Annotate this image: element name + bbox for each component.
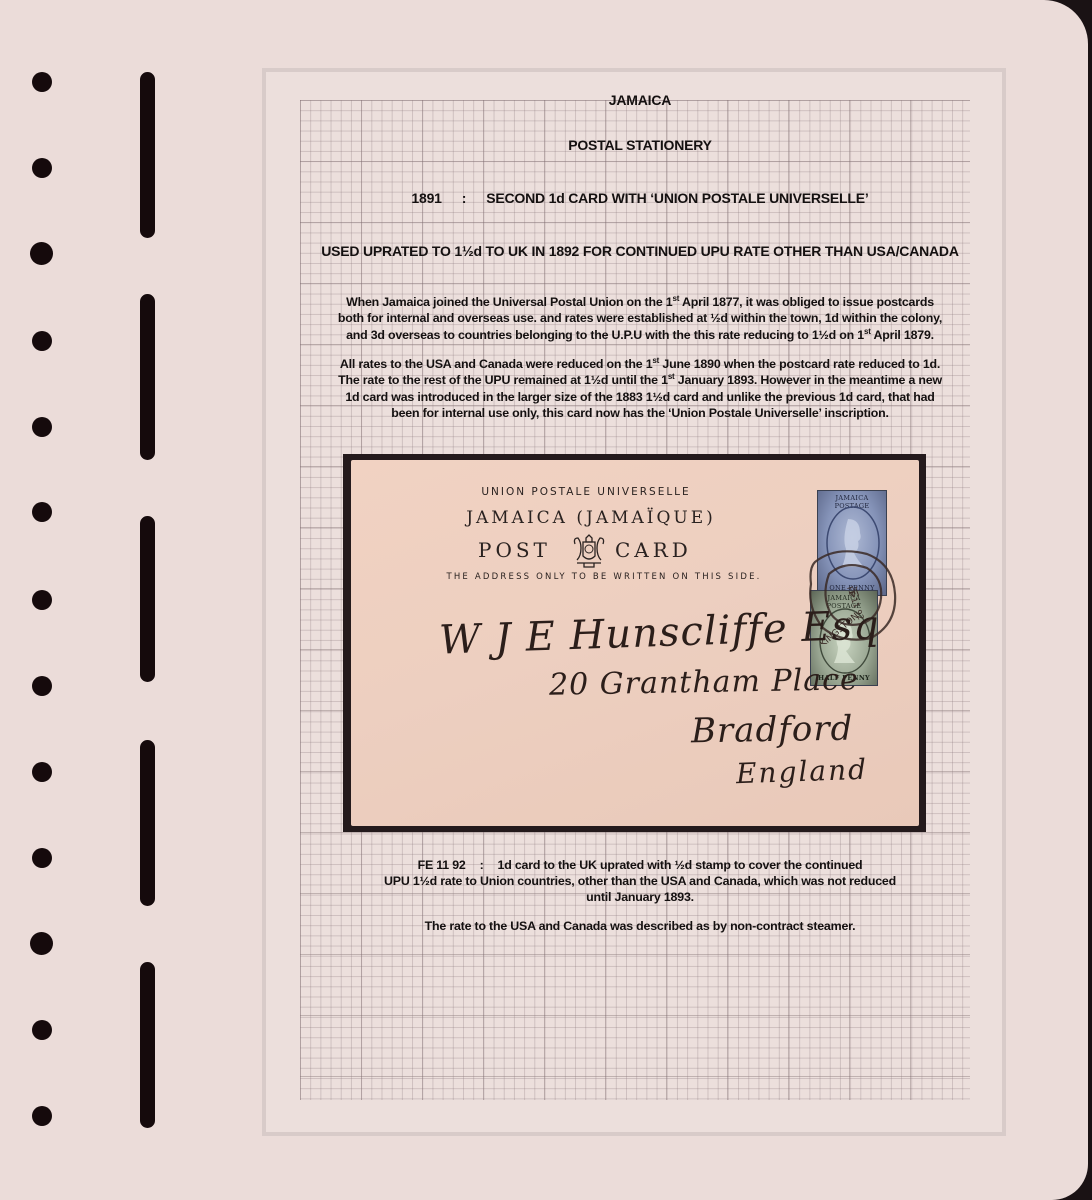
caption-text-1: 1d card to the UK uprated with ½d stamp … — [498, 858, 863, 872]
paragraph-line: 1d card was introduced in the larger siz… — [290, 389, 990, 405]
caption-separator: : — [480, 858, 484, 872]
royal-coat-of-arms-icon — [569, 532, 609, 570]
issue-heading: 1891:SECOND 1d CARD WITH ‘UNION POSTALE … — [290, 190, 990, 206]
binder-hole — [32, 72, 52, 92]
paragraph-line: The rate to the rest of the UPU remained… — [290, 372, 990, 388]
card-instruction: THE ADDRESS ONLY TO BE WRITTEN ON THIS S… — [439, 572, 769, 582]
address-line-4: England — [735, 753, 868, 791]
binder-hole — [32, 1020, 52, 1040]
binder-hole — [32, 590, 52, 610]
binder-hole — [32, 676, 52, 696]
paragraph-line: been for internal use only, this card no… — [290, 405, 990, 421]
binder-slot — [140, 740, 155, 906]
page-title: JAMAICA — [290, 92, 990, 108]
binder-hole — [32, 1106, 52, 1126]
binder-hole — [32, 762, 52, 782]
intro-paragraph-2: All rates to the USA and Canada were red… — [290, 356, 990, 422]
issue-separator: : — [462, 190, 466, 206]
caption-line-3: until January 1893. — [330, 889, 950, 905]
card-post-word: POST — [478, 538, 551, 562]
intro-paragraph-1: When Jamaica joined the Universal Postal… — [290, 294, 990, 343]
caption-date: FE 11 92 — [418, 858, 466, 872]
card-card-word: CARD — [615, 538, 692, 562]
paragraph-line: When Jamaica joined the Universal Postal… — [290, 294, 990, 310]
binder-hole — [32, 502, 52, 522]
card-header: UNION POSTALE UNIVERSELLE — [446, 486, 726, 498]
caption-line-1: FE 11 92:1d card to the UK uprated with … — [330, 857, 950, 873]
binder-slot — [140, 516, 155, 682]
paragraph-line: both for internal and overseas use. and … — [290, 310, 990, 326]
paragraph-line: and 3d overseas to countries belonging t… — [290, 327, 990, 343]
usage-heading: USED UPRATED TO 1½d TO UK IN 1892 FOR CO… — [290, 243, 990, 259]
binder-slot — [140, 294, 155, 460]
binder-hole — [32, 417, 52, 437]
card-country: JAMAICA (JAMAÏQUE) — [441, 508, 741, 528]
paragraph-line: All rates to the USA and Canada were red… — [290, 356, 990, 372]
binder-hole — [32, 848, 52, 868]
issue-year: 1891 — [411, 190, 441, 206]
caption-line-2: UPU 1½d rate to Union countries, other t… — [330, 873, 950, 889]
rate-note: The rate to the USA and Canada was descr… — [330, 919, 950, 933]
postcard: UNION POSTALE UNIVERSELLE JAMAICA (JAMAÏ… — [351, 460, 919, 826]
issue-description: SECOND 1d CARD WITH ‘UNION POSTALE UNIVE… — [486, 190, 868, 206]
binder-hole — [30, 932, 53, 955]
address-line-2: 20 Grantham Place — [549, 662, 859, 702]
address-line-3: Bradford — [691, 709, 854, 752]
binder-hole — [30, 242, 53, 265]
binder-slot — [140, 72, 155, 238]
binder-hole — [32, 331, 52, 351]
card-caption: FE 11 92:1d card to the UK uprated with … — [330, 857, 950, 905]
album-page: JAMAICA POSTAL STATIONERY 1891:SECOND 1d… — [0, 0, 1088, 1200]
binder-slot — [140, 962, 155, 1128]
binder-hole — [32, 158, 52, 178]
page-subtitle: POSTAL STATIONERY — [290, 137, 990, 153]
